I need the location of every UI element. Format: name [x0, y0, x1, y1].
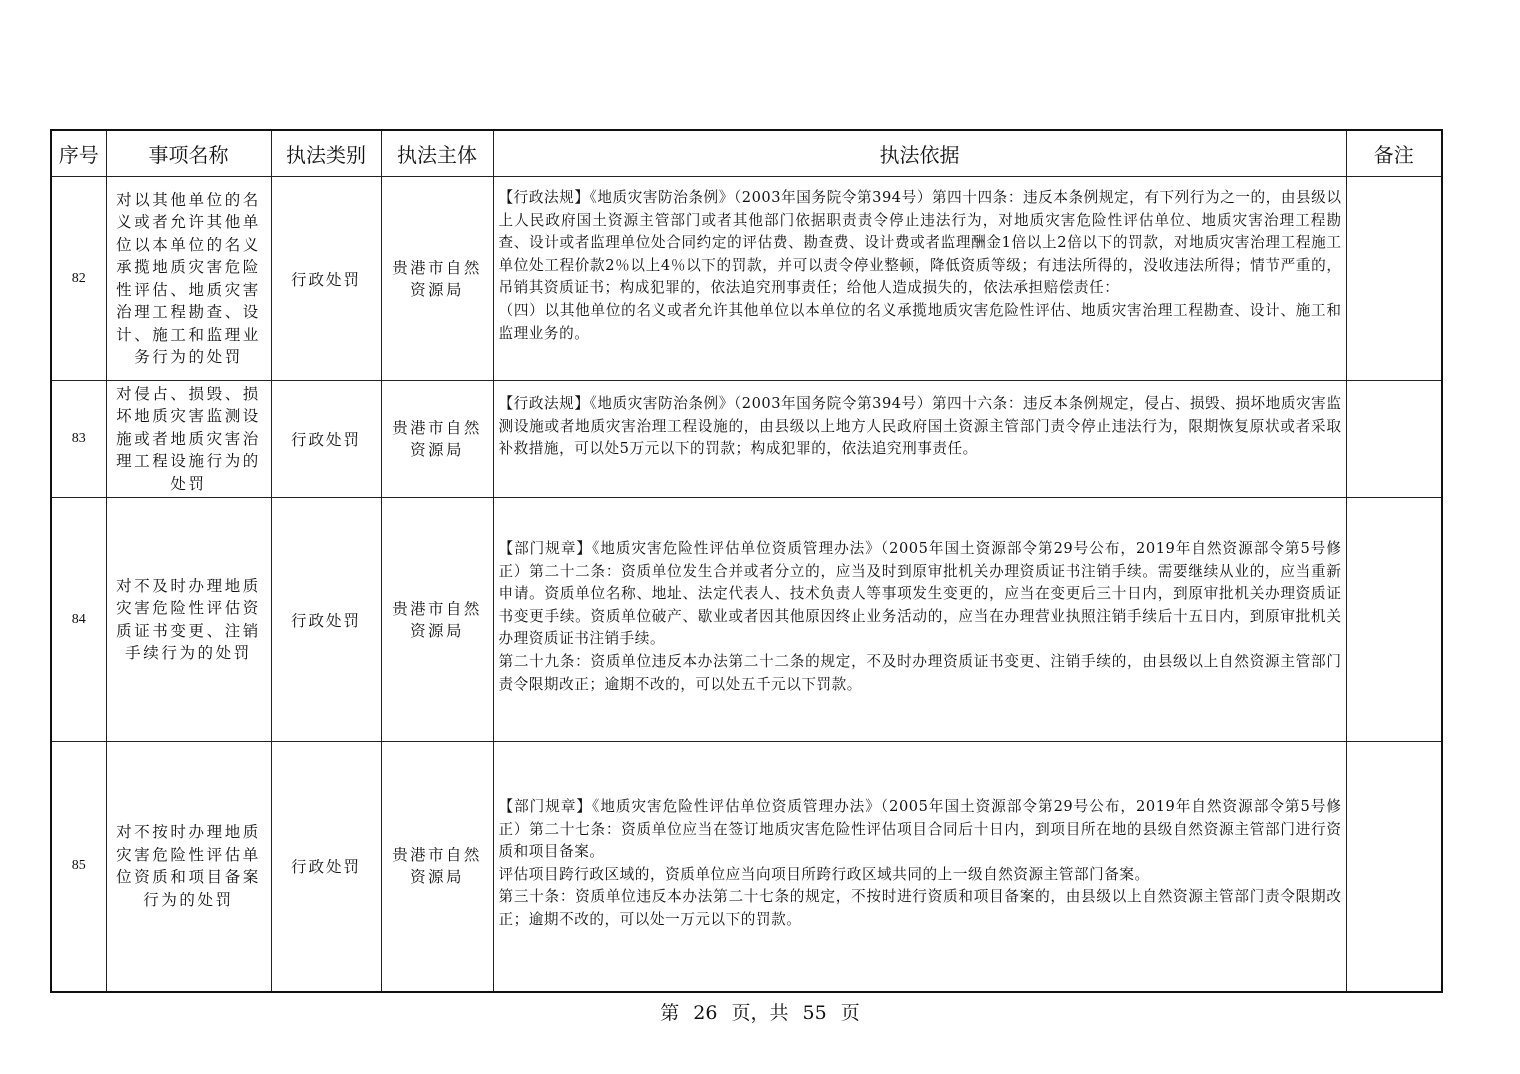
remarks-cell — [1346, 177, 1442, 381]
serial-number-cell: 82 — [51, 177, 106, 381]
header-legal-basis: 执法依据 — [493, 130, 1346, 177]
serial-number-cell: 84 — [51, 498, 106, 742]
page-suffix: 页 — [841, 1002, 860, 1024]
table-row: 83 对侵占、损毁、损坏地质灾害监测设施或者地质灾害治理工程设施行为的处罚 行政… — [51, 381, 1442, 498]
legal-basis-paragraph: 【行政法规】《地质灾害防治条例》（2003年国务院令第394号）第四十四条：违反… — [499, 187, 1342, 300]
serial-number-cell: 85 — [51, 742, 106, 992]
item-name-cell: 对侵占、损毁、损坏地质灾害监测设施或者地质灾害治理工程设施行为的处罚 — [106, 381, 271, 498]
legal-basis-paragraph: （四）以其他单位的名义或者允许其他单位以本单位的名义承揽地质灾害危险性评估、地质… — [499, 300, 1342, 345]
legal-basis-paragraph: 【部门规章】《地质灾害危险性评估单位资质管理办法》（2005年国土资源部令第29… — [499, 796, 1342, 864]
page-prefix: 第 — [660, 1002, 679, 1024]
total-page-count: 55 — [803, 1002, 827, 1024]
document-page: 序号 事项名称 执法类别 执法主体 执法依据 备注 82 对以其他单位的名义或者… — [0, 0, 1520, 1074]
legal-basis-paragraph: 【部门规章】《地质灾害危险性评估单位资质管理办法》（2005年国土资源部令第29… — [499, 538, 1342, 651]
serial-number-cell: 83 — [51, 381, 106, 498]
header-serial-number: 序号 — [51, 130, 106, 177]
enforcement-type-cell: 行政处罚 — [271, 381, 381, 498]
current-page-number: 26 — [693, 1002, 717, 1024]
enforcement-subject-cell: 贵港市自然资源局 — [381, 742, 493, 992]
header-item-name: 事项名称 — [106, 130, 271, 177]
enforcement-subject-cell: 贵港市自然资源局 — [381, 381, 493, 498]
table-header-row: 序号 事项名称 执法类别 执法主体 执法依据 备注 — [51, 130, 1442, 177]
enforcement-subject-cell: 贵港市自然资源局 — [381, 498, 493, 742]
legal-basis-paragraph: 第二十九条：资质单位违反本办法第二十二条的规定，不及时办理资质证书变更、注销手续… — [499, 651, 1342, 696]
legal-basis-paragraph: 第三十条：资质单位违反本办法第二十七条的规定，不按时进行资质和项目备案的，由县级… — [499, 886, 1342, 931]
item-name-cell: 对不按时办理地质灾害危险性评估单位资质和项目备案行为的处罚 — [106, 742, 271, 992]
remarks-cell — [1346, 742, 1442, 992]
remarks-cell — [1346, 498, 1442, 742]
enforcement-type-cell: 行政处罚 — [271, 177, 381, 381]
legal-basis-paragraph: 【行政法规】《地质灾害防治条例》（2003年国务院令第394号）第四十六条：违反… — [499, 393, 1342, 461]
item-name-cell: 对不及时办理地质灾害危险性评估资质证书变更、注销手续行为的处罚 — [106, 498, 271, 742]
header-enforcement-subject: 执法主体 — [381, 130, 493, 177]
table-row: 85 对不按时办理地质灾害危险性评估单位资质和项目备案行为的处罚 行政处罚 贵港… — [51, 742, 1442, 992]
page-middle-text: 页，共 — [731, 1002, 788, 1024]
enforcement-items-table: 序号 事项名称 执法类别 执法主体 执法依据 备注 82 对以其他单位的名义或者… — [50, 129, 1443, 993]
enforcement-subject-cell: 贵港市自然资源局 — [381, 177, 493, 381]
page-number-footer: 第 26 页，共 55 页 — [0, 998, 1520, 1025]
enforcement-type-cell: 行政处罚 — [271, 498, 381, 742]
legal-basis-cell: 【行政法规】《地质灾害防治条例》（2003年国务院令第394号）第四十四条：违反… — [493, 177, 1346, 381]
legal-basis-paragraph: 评估项目跨行政区域的，资质单位应当向项目所跨行政区域共同的上一级自然资源主管部门… — [499, 864, 1342, 887]
legal-basis-cell: 【部门规章】《地质灾害危险性评估单位资质管理办法》（2005年国土资源部令第29… — [493, 742, 1346, 992]
header-enforcement-type: 执法类别 — [271, 130, 381, 177]
remarks-cell — [1346, 381, 1442, 498]
legal-basis-cell: 【行政法规】《地质灾害防治条例》（2003年国务院令第394号）第四十六条：违反… — [493, 381, 1346, 498]
table-row: 82 对以其他单位的名义或者允许其他单位以本单位的名义承揽地质灾害危险性评估、地… — [51, 177, 1442, 381]
table-row: 84 对不及时办理地质灾害危险性评估资质证书变更、注销手续行为的处罚 行政处罚 … — [51, 498, 1442, 742]
legal-basis-cell: 【部门规章】《地质灾害危险性评估单位资质管理办法》（2005年国土资源部令第29… — [493, 498, 1346, 742]
header-remarks: 备注 — [1346, 130, 1442, 177]
item-name-cell: 对以其他单位的名义或者允许其他单位以本单位的名义承揽地质灾害危险性评估、地质灾害… — [106, 177, 271, 381]
enforcement-type-cell: 行政处罚 — [271, 742, 381, 992]
